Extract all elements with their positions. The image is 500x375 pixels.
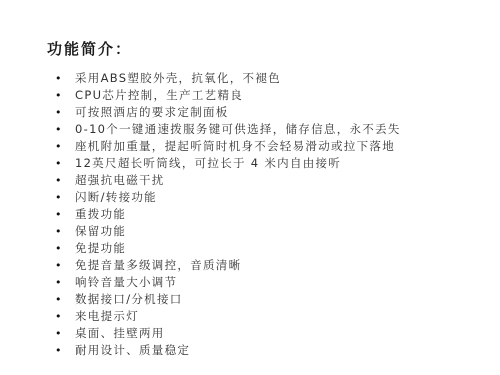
list-item: • 保留功能 <box>55 223 472 240</box>
document-page: 功能简介： • 采用ABS塑胶外壳，抗氧化，不褪色 • CPU芯片控制，生产工艺… <box>0 0 500 375</box>
list-item: • CPU芯片控制，生产工艺精良 <box>55 87 472 104</box>
bullet-icon: • <box>55 121 75 138</box>
feature-list: • 采用ABS塑胶外壳，抗氧化，不褪色 • CPU芯片控制，生产工艺精良 • 可… <box>47 70 472 359</box>
list-item: • 超强抗电磁干扰 <box>55 172 472 189</box>
list-item: • 免提功能 <box>55 240 472 257</box>
bullet-icon: • <box>55 70 75 87</box>
list-item: • 12英尺超长听筒线，可拉长于 4 米内自由接听 <box>55 155 472 172</box>
feature-item-text: 超强抗电磁干扰 <box>75 172 472 189</box>
list-item: • 座机附加重量，提起听筒时机身不会轻易滑动或拉下落地 <box>55 138 472 155</box>
feature-item-text: 12英尺超长听筒线，可拉长于 4 米内自由接听 <box>75 155 472 172</box>
bullet-icon: • <box>55 206 75 223</box>
list-item: • 闪断/转接功能 <box>55 189 472 206</box>
bullet-icon: • <box>55 291 75 308</box>
list-item: • 重拨功能 <box>55 206 472 223</box>
feature-item-text: 桌面、挂壁两用 <box>75 325 472 342</box>
bullet-icon: • <box>55 308 75 325</box>
feature-item-text: 保留功能 <box>75 223 472 240</box>
feature-item-text: 耐用设计、质量稳定 <box>75 342 472 359</box>
list-item: • 采用ABS塑胶外壳，抗氧化，不褪色 <box>55 70 472 87</box>
feature-item-text: 数据接口/分机接口 <box>75 291 472 308</box>
feature-item-text: 可按照酒店的要求定制面板 <box>75 104 472 121</box>
list-item: • 桌面、挂壁两用 <box>55 325 472 342</box>
feature-item-text: 座机附加重量，提起听筒时机身不会轻易滑动或拉下落地 <box>75 138 472 155</box>
page-title: 功能简介： <box>47 38 472 59</box>
feature-item-text: CPU芯片控制，生产工艺精良 <box>75 87 472 104</box>
list-item: • 耐用设计、质量稳定 <box>55 342 472 359</box>
bullet-icon: • <box>55 87 75 104</box>
bullet-icon: • <box>55 104 75 121</box>
feature-item-text: 采用ABS塑胶外壳，抗氧化，不褪色 <box>75 70 472 87</box>
list-item: • 来电提示灯 <box>55 308 472 325</box>
bullet-icon: • <box>55 257 75 274</box>
feature-item-text: 免提功能 <box>75 240 472 257</box>
bullet-icon: • <box>55 342 75 359</box>
bullet-icon: • <box>55 325 75 342</box>
feature-item-text: 来电提示灯 <box>75 308 472 325</box>
bullet-icon: • <box>55 240 75 257</box>
feature-item-text: 闪断/转接功能 <box>75 189 472 206</box>
list-item: • 可按照酒店的要求定制面板 <box>55 104 472 121</box>
list-item: • 响铃音量大小调节 <box>55 274 472 291</box>
bullet-icon: • <box>55 138 75 155</box>
list-item: • 数据接口/分机接口 <box>55 291 472 308</box>
list-item: • 0-10个一键通速拨服务键可供选择，储存信息，永不丢失 <box>55 121 472 138</box>
feature-item-text: 响铃音量大小调节 <box>75 274 472 291</box>
feature-item-text: 免提音量多级调控，音质清晰 <box>75 257 472 274</box>
bullet-icon: • <box>55 189 75 206</box>
list-item: • 免提音量多级调控，音质清晰 <box>55 257 472 274</box>
bullet-icon: • <box>55 172 75 189</box>
bullet-icon: • <box>55 223 75 240</box>
bullet-icon: • <box>55 155 75 172</box>
feature-item-text: 重拨功能 <box>75 206 472 223</box>
bullet-icon: • <box>55 274 75 291</box>
feature-item-text: 0-10个一键通速拨服务键可供选择，储存信息，永不丢失 <box>75 121 472 138</box>
